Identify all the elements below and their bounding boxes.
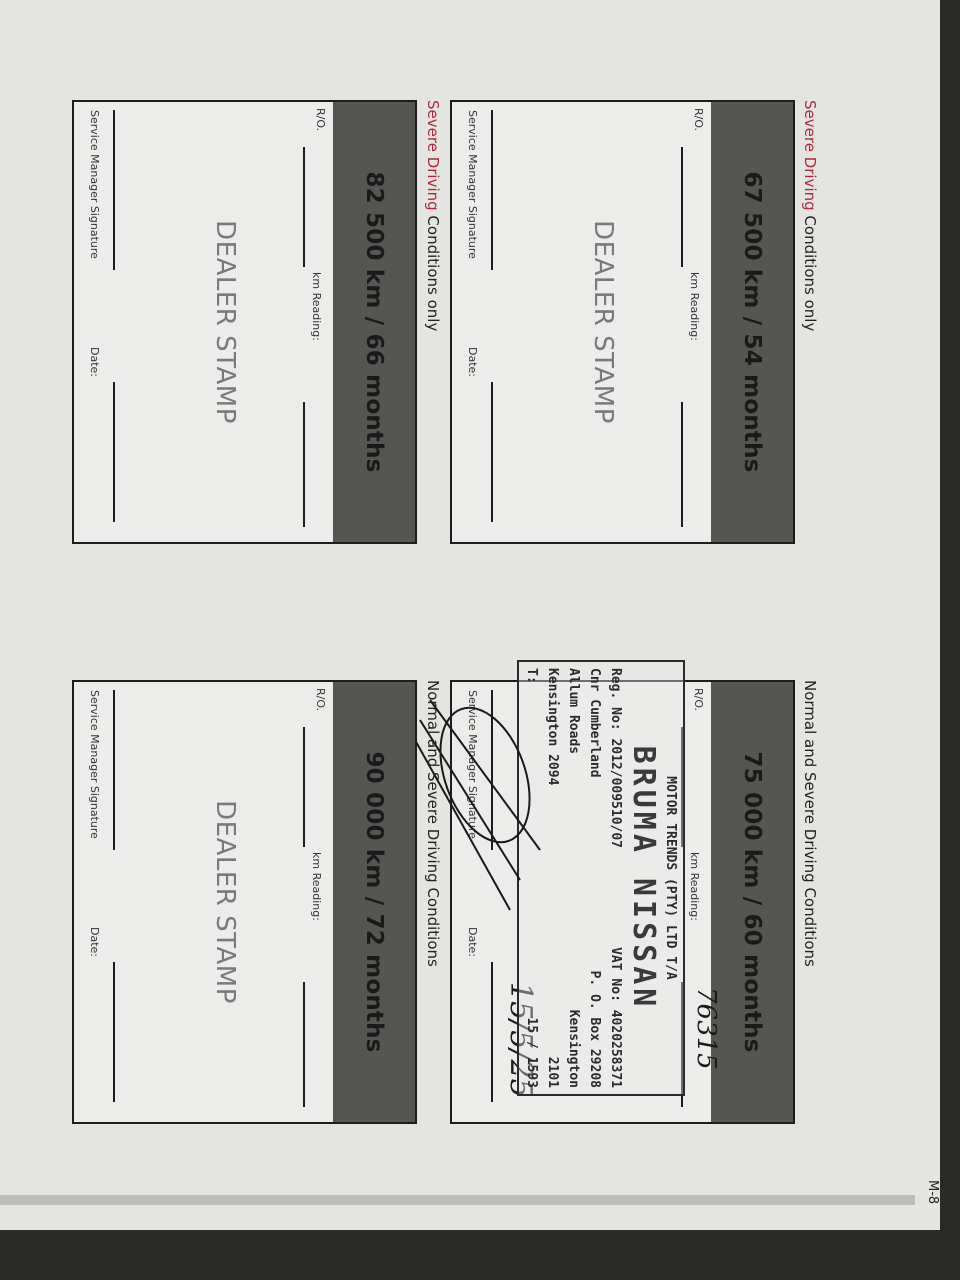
signature-label: Service Manager Signature: [466, 110, 479, 259]
km-reading-label: km Reading:: [310, 272, 323, 341]
km-reading-value: 76315: [691, 987, 721, 1070]
ro-field[interactable]: [303, 727, 305, 847]
stamp-company: MOTOR TRENDS (PTY) LTD T/A: [660, 668, 681, 1088]
service-record-page: Severe Driving Conditions only 67 500 km…: [0, 0, 960, 1280]
ro-field[interactable]: [681, 147, 683, 267]
km-reading-label: km Reading:: [688, 272, 701, 341]
interval-header: 75 000 km / 60 months: [711, 682, 793, 1122]
ro-label: R/O.: [314, 688, 327, 711]
page-number: M-8: [925, 1180, 940, 1204]
stamp-brand: BRUMA NISSAN: [626, 668, 660, 1088]
km-reading-label: km Reading:: [310, 852, 323, 921]
stamp-address: Cnr Cumberland: [584, 668, 605, 778]
signature-field[interactable]: [491, 110, 493, 270]
date-field[interactable]: [491, 962, 493, 1102]
service-card-67500: 67 500 km / 54 months R/O. km Reading: D…: [450, 100, 795, 544]
km-reading-label: km Reading:: [688, 852, 701, 921]
stamp-phone-number: 15 / 1593: [521, 1018, 542, 1088]
interval-header: 90 000 km / 72 months: [333, 682, 415, 1122]
stamp-suburb: Kensington: [563, 1010, 584, 1088]
date-label: Date:: [88, 927, 101, 957]
signature-label: Service Manager Signature: [88, 690, 101, 839]
stamp-line: Reg. No: 2012/009510/07 VAT No: 40202583…: [605, 668, 626, 1088]
dealer-stamp-area: DEALER STAMP: [588, 102, 618, 542]
date-field[interactable]: [491, 382, 493, 522]
km-reading-field[interactable]: [303, 402, 305, 527]
km-reading-field[interactable]: [681, 402, 683, 527]
service-card-82500: 82 500 km / 66 months R/O. km Reading: D…: [72, 100, 417, 544]
section-title-rest: Conditions only: [801, 211, 819, 332]
stamp-line: Cnr Cumberland P. O. Box 29208: [584, 668, 605, 1088]
stamp-postal-code: 2101: [542, 1057, 563, 1088]
service-card-90000: 90 000 km / 72 months R/O. km Reading: D…: [72, 680, 417, 1124]
section-title-rest: Normal and Severe Driving Conditions: [801, 680, 819, 967]
date-field[interactable]: [113, 962, 115, 1102]
section-title-rest: Conditions only: [424, 211, 442, 332]
date-label: Date:: [466, 347, 479, 377]
ro-label: R/O.: [692, 108, 705, 131]
section-title-highlight: Severe Driving: [424, 100, 442, 211]
date-label: Date:: [88, 347, 101, 377]
section-title: Severe Driving Conditions only: [424, 100, 442, 331]
km-reading-field[interactable]: [303, 982, 305, 1107]
stamp-po-box: P. O. Box 29208: [584, 971, 605, 1088]
section-title-rest: Normal and Severe Driving Conditions: [424, 680, 442, 967]
signature-field[interactable]: [113, 690, 115, 850]
ro-field[interactable]: [303, 147, 305, 267]
section-title: Normal and Severe Driving Conditions: [424, 680, 442, 967]
ro-label: R/O.: [314, 108, 327, 131]
section-title-highlight: Severe Driving: [801, 100, 819, 211]
signature-label: Service Manager Signature: [88, 110, 101, 259]
stamp-reg-no: Reg. No: 2012/009510/07: [605, 668, 626, 848]
stamp-vat-no: VAT No: 4020258371: [605, 947, 626, 1088]
section-title: Normal and Severe Driving Conditions: [801, 680, 819, 967]
section-title: Severe Driving Conditions only: [801, 100, 819, 331]
interval-header: 67 500 km / 54 months: [711, 102, 793, 542]
dealer-stamp-area: DEALER STAMP: [210, 102, 240, 542]
date-field[interactable]: [113, 382, 115, 522]
ro-label: R/O.: [692, 688, 705, 711]
dealer-stamp-area: DEALER STAMP: [210, 682, 240, 1122]
signature-field[interactable]: [113, 110, 115, 270]
interval-header: 82 500 km / 66 months: [333, 102, 415, 542]
